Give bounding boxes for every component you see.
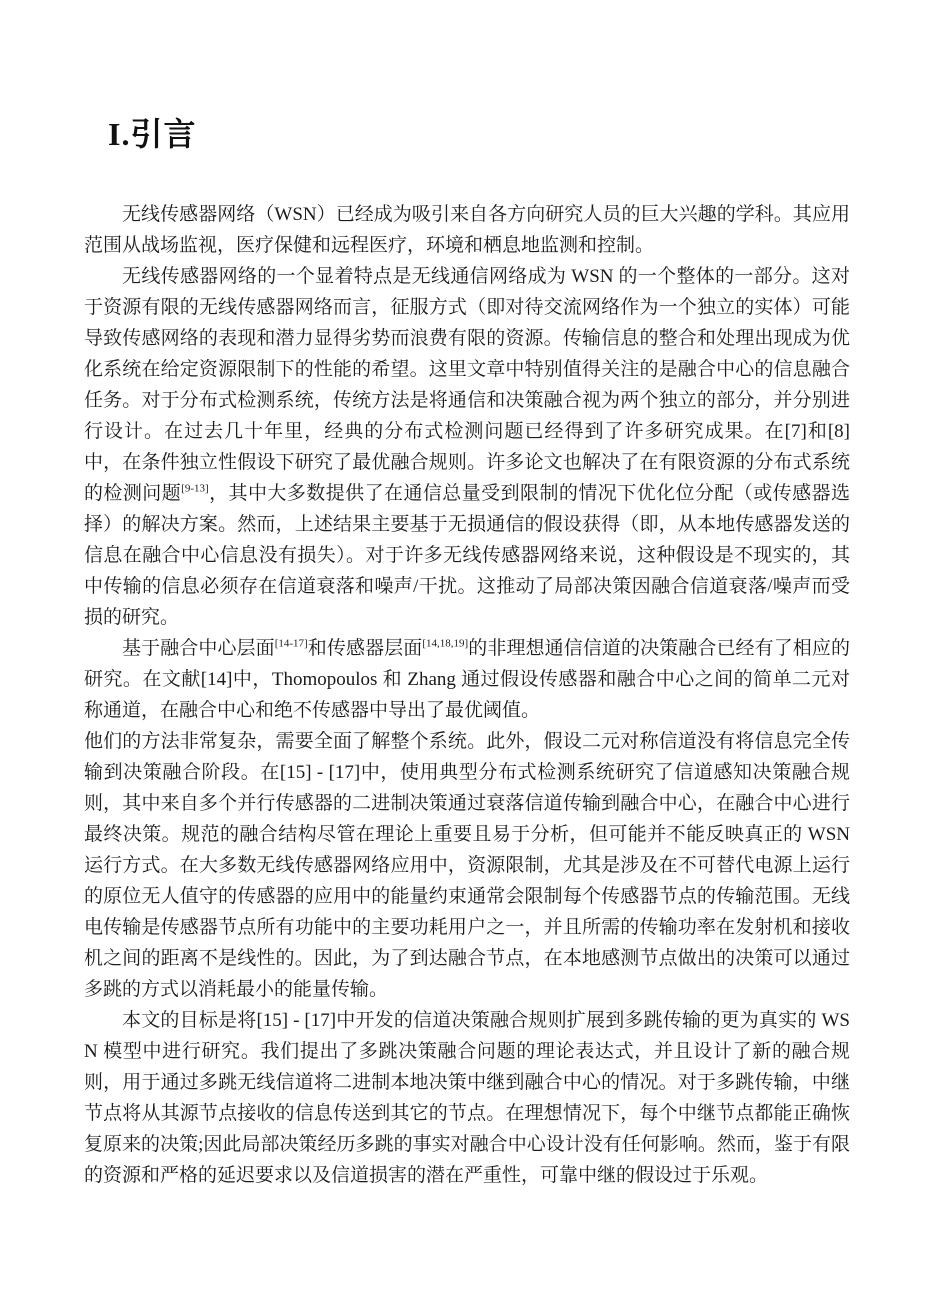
document-page: I.引言 无线传感器网络（WSN）已经成为吸引来自各方向研究人员的巨大兴趣的学科… [0, 0, 926, 1309]
paragraph-2: 无线传感器网络的一个显着特点是无线通信网络成为 WSN 的一个整体的一部分。这对… [84, 261, 850, 633]
paragraph-4: 他们的方法非常复杂，需要全面了解整个系统。此外，假设二元对称信道没有将信息完全传… [84, 726, 850, 1005]
citation-superscript: [9-13] [181, 483, 209, 495]
citation-superscript: [14-17] [275, 638, 308, 650]
section-heading: I.引言 [108, 115, 850, 153]
paragraph-3: 基于融合中心层面[14-17]和传感器层面[14,18,19]的非理想通信信道的… [84, 633, 850, 726]
paragraph-1: 无线传感器网络（WSN）已经成为吸引来自各方向研究人员的巨大兴趣的学科。其应用范… [84, 199, 850, 261]
citation-superscript: [14,18,19] [422, 638, 468, 650]
document-body: 无线传感器网络（WSN）已经成为吸引来自各方向研究人员的巨大兴趣的学科。其应用范… [84, 199, 850, 1191]
document-content: I.引言 无线传感器网络（WSN）已经成为吸引来自各方向研究人员的巨大兴趣的学科… [84, 115, 850, 1191]
paragraph-5: 本文的目标是将[15] - [17]中开发的信道决策融合规则扩展到多跳传输的更为… [84, 1005, 850, 1191]
